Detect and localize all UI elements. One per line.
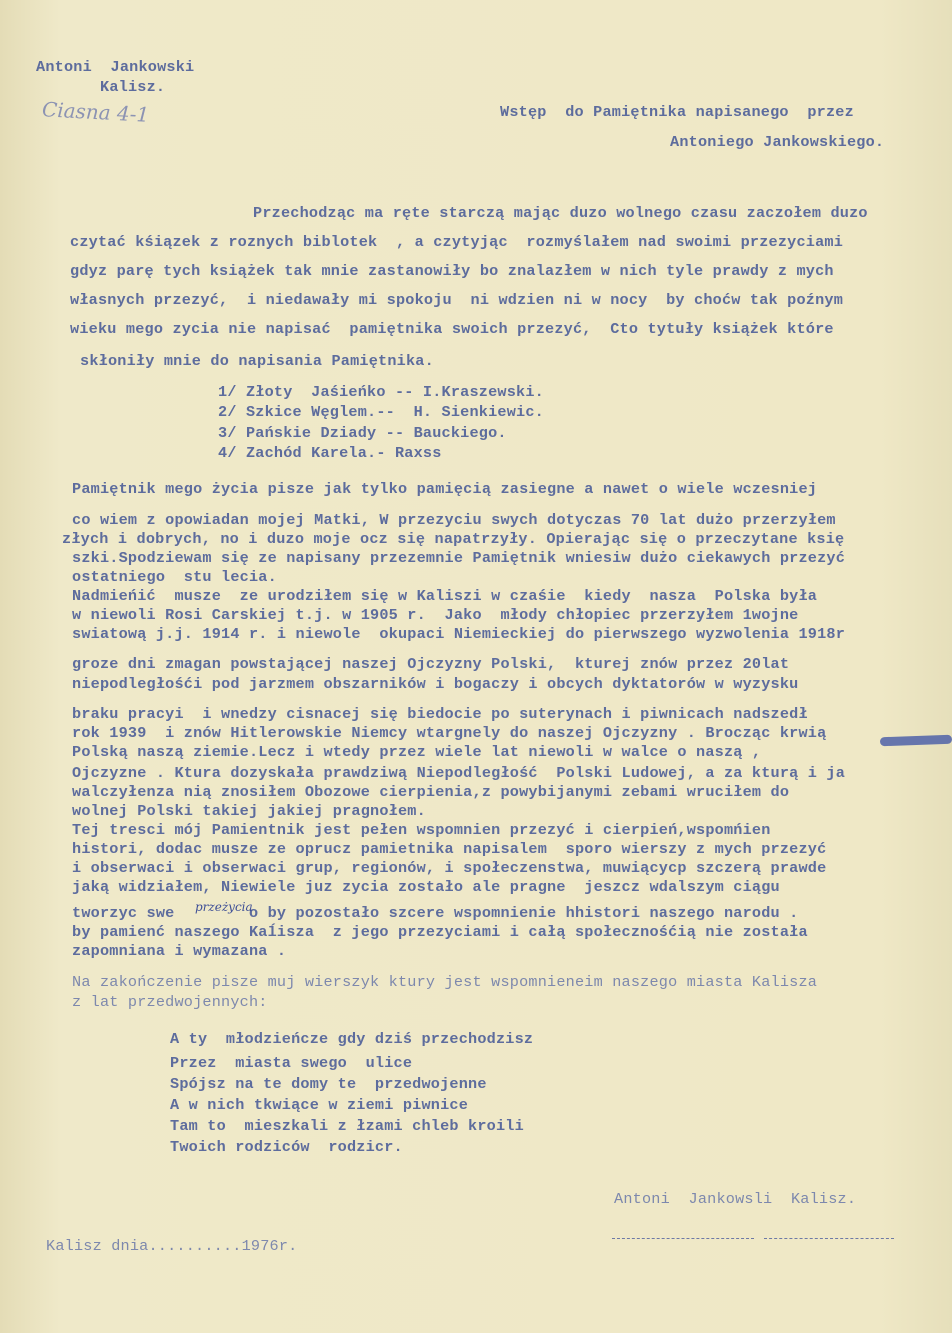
- poem-line: Spójsz na te domy te przedwojenne: [170, 1075, 487, 1093]
- intro-line: Przechodząc ma ręte starczą mając duzo w…: [253, 204, 868, 222]
- body-line: co wiem z opowiadan mojej Matki, W przez…: [72, 511, 836, 529]
- handwritten-insert: przeżycia: [195, 900, 253, 914]
- poem-line: A ty młodzieńcze gdy dziś przechodzisz: [170, 1030, 533, 1048]
- date-line: Kalisz dnia..........1976r.: [46, 1237, 297, 1255]
- ink-strikethrough: [880, 735, 952, 747]
- body-line: Nadmieńić musze ze urodziłem się w Kalis…: [72, 587, 817, 605]
- poem-line: Twoich rodziców rodzicr.: [170, 1138, 403, 1156]
- intro-line: czytać kśiązek z roznych biblotek , a cz…: [70, 233, 843, 251]
- body-line: i obserwaci i obserwaci grup, regionów, …: [72, 859, 826, 877]
- author-name: Antoni Jankowski: [36, 58, 194, 76]
- body-line: Ojczyzne . Ktura dozyskała prawdziwą Nie…: [72, 764, 845, 782]
- body-line: jaką widziałem, Niewiele juz zycia zosta…: [72, 878, 780, 896]
- author-city: Kalisz.: [100, 78, 165, 96]
- body-line: zapomniana i wymazana .: [72, 942, 286, 960]
- body-line: swiatową j.j. 1914 r. i niewole okupaci …: [72, 625, 845, 643]
- intro-line: własnych przezyć, i niedawały mi spokoju…: [70, 291, 843, 309]
- body-line: rok 1939 i znów Hitlerowskie Niemcy wtar…: [72, 724, 826, 742]
- title-line-1: Wstęp do Pamiętnika napisanego przez: [500, 103, 854, 121]
- poem-line: Przez miasta swego ulice: [170, 1054, 412, 1072]
- body-line: złych i dobrych, no i duzo moje ocz się …: [62, 530, 844, 548]
- intro-line: wieku mego zycia nie napisać pamiętnika …: [70, 320, 834, 338]
- book-list-item: 4/ Zachód Karela.- Raxss: [218, 444, 442, 462]
- body-line: w niewoli Rosi Carskiej t.j. w 1905 r. J…: [72, 606, 799, 624]
- body-line: by pamienć naszego Kaĺisza z jego przezy…: [72, 923, 808, 941]
- book-list-item: 2/ Szkice Węglem.-- H. Sienkiewic.: [218, 403, 544, 421]
- signature-line-left: [612, 1238, 754, 1239]
- title-line-2: Antoniego Jankowskiego.: [670, 133, 884, 151]
- body-line: niepodległośći pod jarzmem obszarników i…: [72, 675, 799, 693]
- body-line: tworzyc swe o by pozostało szcere wspomn…: [72, 904, 799, 922]
- poem-line: Tam to mieszkali z łzami chleb kroili: [170, 1117, 524, 1135]
- closing-intro-line: Na zakończenie pisze muj wierszyk ktury …: [72, 973, 817, 991]
- signature-name: Antoni Jankowsli Kalisz.: [614, 1190, 856, 1208]
- body-line: braku pracyi i wnedzy cisnacej się biedo…: [72, 705, 808, 723]
- typewritten-memoir-page: Antoni Jankowski Kalisz. Ciasna 4-1 Wstę…: [0, 0, 952, 1333]
- body-line: szki.Spodziewam się ze napisany przezemn…: [72, 549, 845, 567]
- body-line: ostatniego stu lecia.: [72, 568, 277, 586]
- body-line: Pamiętnik mego życia pisze jak tylko pam…: [72, 480, 817, 498]
- poem-line: A w nich tkwiące w ziemi piwnice: [170, 1096, 468, 1114]
- intro-line: gdyz parę tych książek tak mnie zastanow…: [70, 262, 834, 280]
- handwritten-address: Ciasna 4-1: [41, 97, 149, 127]
- body-line: histori, dodac musze ze oprucz pamietnik…: [72, 840, 826, 858]
- closing-intro-line: z lat przedwojennych:: [72, 993, 268, 1011]
- intro-line: skłoniły mnie do napisania Pamiętnika.: [80, 352, 434, 370]
- body-line: wolnej Polski takiej jakiej pragnołem.: [72, 802, 426, 820]
- book-list-item: 3/ Pańskie Dziady -- Bauckiego.: [218, 424, 507, 442]
- book-list-item: 1/ Złoty Jaśieńko -- I.Kraszewski.: [218, 383, 544, 401]
- body-line: Polską naszą ziemie.Lecz i wtedy przez w…: [72, 743, 761, 761]
- body-line: Tej tresci mój Pamientnik jest pełen wsp…: [72, 821, 771, 839]
- body-line: groze dni zmagan powstającej naszej Ojcz…: [72, 655, 789, 673]
- signature-line-right: [764, 1238, 894, 1239]
- body-line: walczyłenza nią znosiłem Obozowe cierpie…: [72, 783, 789, 801]
